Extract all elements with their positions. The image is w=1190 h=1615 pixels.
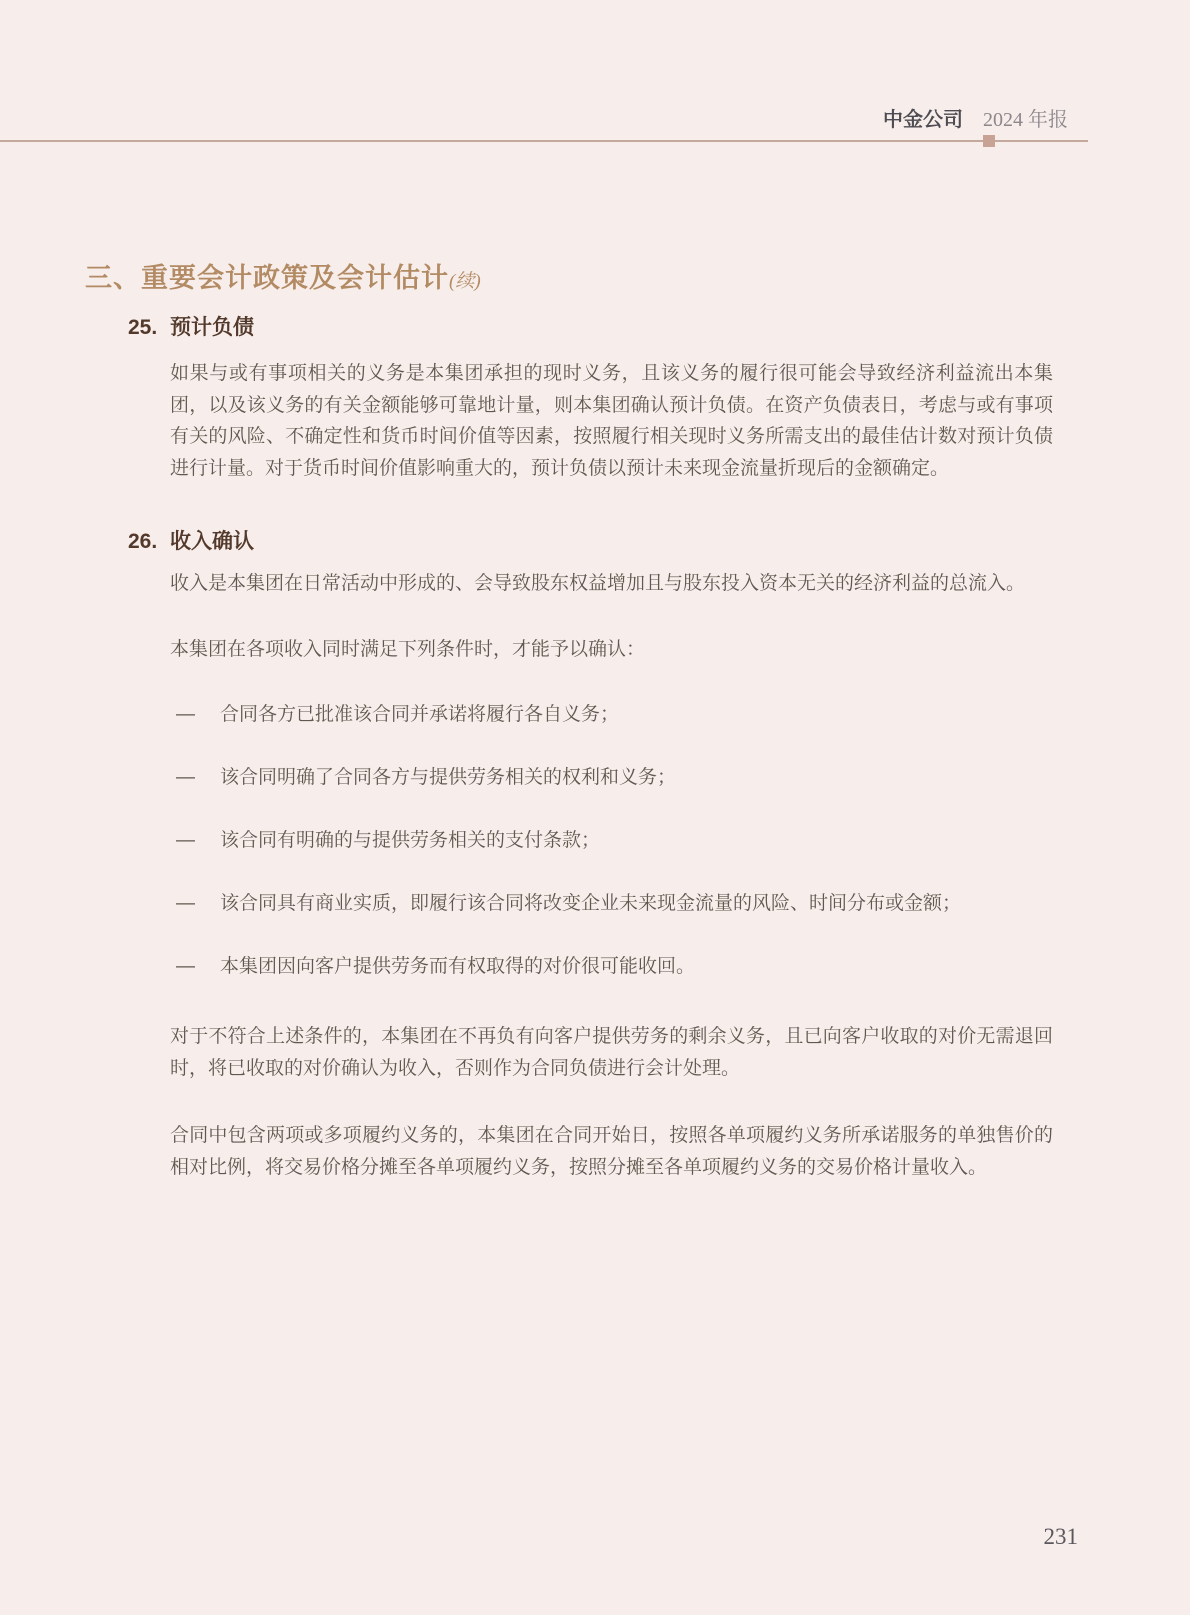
bullet-text: 本集团因向客户提供劳务而有权取得的对价很可能收回。	[220, 951, 695, 983]
header-report-edition: 2024 年报	[983, 109, 1068, 131]
section-26-number: 26.	[128, 527, 170, 557]
bullet-text: 该合同有明确的与提供劳务相关的支付条款；	[220, 825, 600, 857]
section-25-number: 25.	[128, 313, 170, 343]
running-header: 中金公司2024 年报	[883, 108, 1068, 132]
condition-bullet-item: — 该合同具有商业实质，即履行该合同将改变企业未来现金流量的风险、时间分布或金额…	[176, 888, 1053, 920]
section-25-paragraph: 如果与或有事项相关的义务是本集团承担的现时义务，且该义务的履行很可能会导致经济利…	[170, 358, 1053, 484]
bullet-dash-icon: —	[176, 825, 220, 857]
condition-bullet-item: — 该合同有明确的与提供劳务相关的支付条款；	[176, 825, 1053, 857]
section-26-heading: 26. 收入确认	[128, 527, 254, 557]
section-26-title: 收入确认	[170, 527, 254, 557]
condition-bullet-item: — 该合同明确了合同各方与提供劳务相关的权利和义务；	[176, 762, 1053, 794]
page-number: 231	[1044, 1524, 1079, 1550]
section-25-heading: 25. 预计负债	[128, 313, 254, 343]
bullet-text: 合同各方已批准该合同并承诺将履行各自义务；	[220, 699, 619, 731]
section-26-noncompliance-paragraph: 对于不符合上述条件的，本集团在不再负有向客户提供劳务的剩余义务，且已向客户收取的…	[170, 1021, 1053, 1084]
bullet-dash-icon: —	[176, 699, 220, 731]
bullet-dash-icon: —	[176, 762, 220, 794]
report-page: 中金公司2024 年报 三、重要会计政策及会计估计(续) 25. 预计负债 如果…	[0, 0, 1190, 1615]
bullet-text: 该合同明确了合同各方与提供劳务相关的权利和义务；	[220, 762, 676, 794]
condition-bullet-item: — 本集团因向客户提供劳务而有权取得的对价很可能收回。	[176, 951, 1053, 983]
bullet-text: 该合同具有商业实质，即履行该合同将改变企业未来现金流量的风险、时间分布或金额；	[220, 888, 961, 920]
section-25-title: 预计负债	[170, 313, 254, 343]
header-divider-square-icon	[983, 135, 995, 147]
section-26-intro-paragraph: 收入是本集团在日常活动中形成的、会导致股东权益增加且与股东投入资本无关的经济利益…	[170, 568, 1053, 600]
section-26-conditions-lead: 本集团在各项收入同时满足下列条件时，才能予以确认：	[170, 634, 1053, 666]
bullet-dash-icon: —	[176, 951, 220, 983]
condition-bullet-item: — 合同各方已批准该合同并承诺将履行各自义务；	[176, 699, 1053, 731]
chapter-title-text: 三、重要会计政策及会计估计	[85, 263, 449, 293]
header-divider-line	[0, 140, 1088, 142]
section-26-allocation-paragraph: 合同中包含两项或多项履约义务的，本集团在合同开始日，按照各单项履约义务所承诺服务…	[170, 1120, 1053, 1183]
bullet-dash-icon: —	[176, 888, 220, 920]
chapter-title-continued-suffix: (续)	[449, 271, 481, 292]
chapter-title: 三、重要会计政策及会计估计(续)	[85, 260, 481, 300]
header-company-name: 中金公司	[883, 109, 963, 131]
